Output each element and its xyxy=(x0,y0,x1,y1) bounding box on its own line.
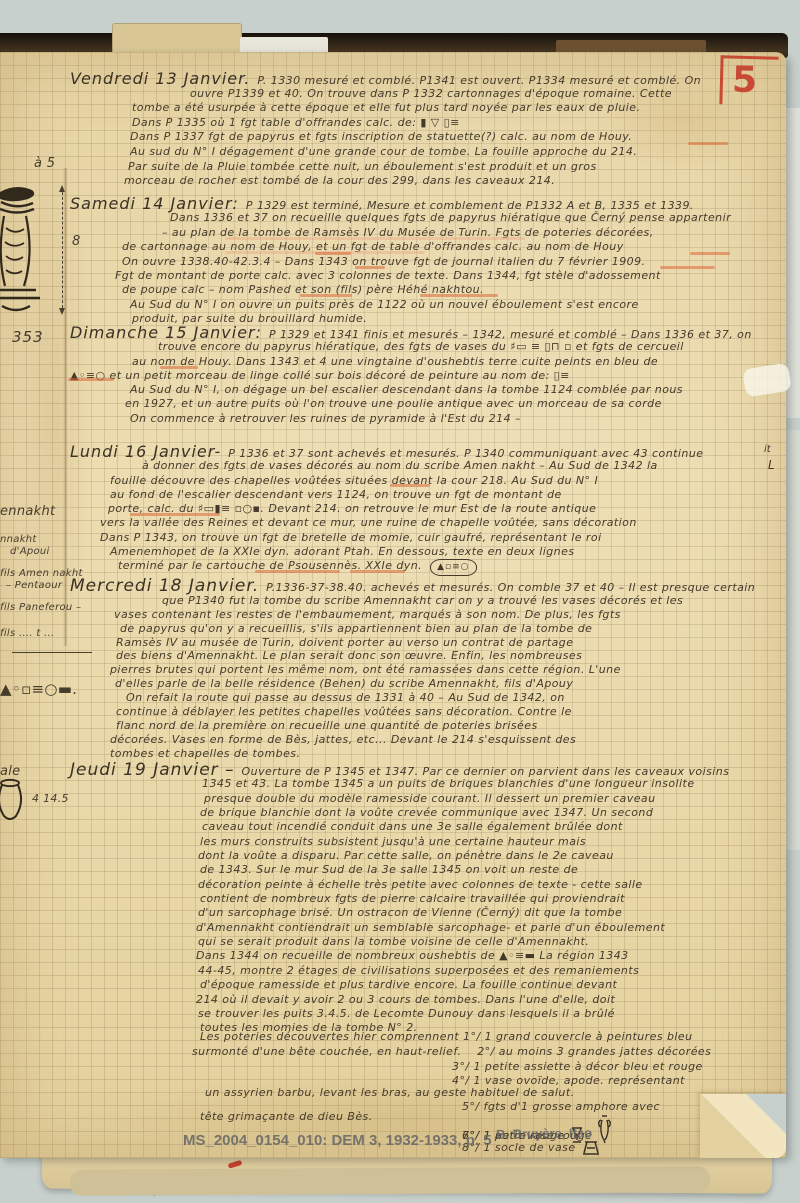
vase-stand-sketch-icon xyxy=(581,1140,601,1157)
under-page-deeper xyxy=(70,1166,710,1195)
entry-line: tombe a été usurpée à cette époque et el… xyxy=(70,101,772,116)
entry-mercredi-18-janvier: Mercredi 18 Janvier.P.1336-37-38.40. ach… xyxy=(70,580,772,761)
pottery-item: tête grimaçante de dieu Bès. xyxy=(200,1110,373,1123)
pottery-item: 3°/ 1 petite assiette à décor bleu et ro… xyxy=(452,1060,703,1073)
entry-line: 214 où il devait y avoir 2 ou 3 cours de… xyxy=(70,993,772,1007)
margin-genealogy-note: fils Paneferou – xyxy=(0,602,81,613)
entry-line: d'Amennakht contiendrait un semblable sa… xyxy=(70,921,772,935)
entry-line: contient de nombreux fgts de pierre calc… xyxy=(70,892,772,906)
margin-measure-note: 4 14.5 xyxy=(32,792,69,805)
entry-line: Vendredi 13 Janvier.P. 1330 mesuré et co… xyxy=(70,72,772,87)
entry-line: d'époque ramesside et plus tardive encor… xyxy=(70,978,772,992)
ink-underline xyxy=(315,252,351,255)
entry-line: décoration peinte à échelle très petite … xyxy=(70,878,772,892)
jar-sketch-icon xyxy=(0,778,28,822)
margin-hieroglyphs-icon: ▲◦▫≡○▬. xyxy=(0,680,77,698)
entry-line: trouve encore du papyrus hiératique, des… xyxy=(70,340,772,354)
entry-date-heading: Lundi 16 Janvier- xyxy=(70,442,221,461)
margin-genealogy-note: fils Amen nakht xyxy=(0,568,83,579)
entry-dimanche-15-janvier: Dimanche 15 Janvier:P 1329 et 1341 finis… xyxy=(70,326,772,426)
entry-line: Par suite de la Pluie tombée cette nuit,… xyxy=(70,160,772,175)
entry-date-heading: Vendredi 13 Janvier. xyxy=(70,69,250,88)
entry-line: se trouver les puits 3.4.5. de Lecomte D… xyxy=(70,1007,772,1021)
entry-line: que P1340 fut la tombe du scribe Amennak… xyxy=(70,594,772,608)
entry-line: Amenemhopet de la XXIe dyn. adorant Ptah… xyxy=(70,545,772,559)
margin-genealogy-note: nnakht xyxy=(0,534,37,545)
entry-line: de brique blanchie dont la voûte crevée … xyxy=(70,806,772,820)
entry-line: des biens d'Amennakht. Le plan serait do… xyxy=(70,649,772,663)
ink-underline xyxy=(130,513,220,516)
entry-line: Lundi 16 Janvier-P 1336 et 37 sont achev… xyxy=(70,445,772,459)
entry-line: décorées. Vases en forme de Bès, jattes,… xyxy=(70,733,772,747)
entry-line: Fgt de montant de porte calc. avec 3 col… xyxy=(70,269,772,283)
edge-mark: it xyxy=(764,444,771,455)
entry-date-heading: Dimanche 15 Janvier: xyxy=(70,323,262,342)
entry-line: On refait la route qui passe au dessus d… xyxy=(70,691,772,705)
entry-line: les murs construits subsistent jusqu'à u… xyxy=(70,835,772,849)
entry-line: Au Sud du N° I, on dégage un bel escalie… xyxy=(70,383,772,397)
credit-caption: B. Bruyère, Ifao xyxy=(496,1125,592,1142)
margin-note: ale xyxy=(0,764,20,779)
pottery-item: surmonté d'une bête couchée, en haut-rel… xyxy=(192,1045,711,1058)
pottery-item: un assyrien barbu, levant les bras, au g… xyxy=(205,1086,575,1099)
pottery-item: Les poteries découvertes hier comprennen… xyxy=(200,1030,693,1043)
entry-line: d'elles parle de la belle résidence (Beh… xyxy=(70,677,772,691)
entry-line: au fond de l'escalier descendant vers 11… xyxy=(70,488,772,502)
margin-note: à 5 xyxy=(34,156,55,171)
entry-jeudi-19-janvier: Jeudi 19 Janvier –Ouverture de P 1345 et… xyxy=(70,763,772,1036)
cartouche-sketch-icon: ▲▫≡○ xyxy=(430,559,476,575)
ink-underline xyxy=(660,266,715,269)
pottery-item: 5°/ fgts d'1 grosse amphore avec xyxy=(462,1100,660,1113)
red-pencil-mark xyxy=(228,1160,243,1169)
entry-samedi-14-janvier: Samedi 14 Janvier:P 1329 est terminé, Me… xyxy=(70,197,772,327)
entry-line: Ramsès IV au musée de Turin, doivent por… xyxy=(70,636,772,650)
entry-lundi-16-janvier: Lundi 16 Janvier-P 1336 et 37 sont achev… xyxy=(70,445,772,574)
ink-underline xyxy=(688,142,728,145)
entry-line: morceau de rocher est tombé de la cour d… xyxy=(70,174,772,189)
folded-corner xyxy=(700,1094,786,1158)
entry-line: On commence à retrouver les ruines de py… xyxy=(70,412,772,426)
entry-line: Dimanche 15 Janvier:P 1329 et 1341 finis… xyxy=(70,326,772,340)
entry-line: Jeudi 19 Janvier –Ouverture de P 1345 et… xyxy=(70,763,772,777)
entry-line: Samedi 14 Janvier:P 1329 est terminé, Me… xyxy=(70,197,772,211)
entry-line: terminé par le cartouche de Psousennès. … xyxy=(70,559,772,573)
entry-line: ▲◦≡○ et un petit morceau de linge collé … xyxy=(70,369,772,383)
ink-underline xyxy=(255,570,340,573)
ink-underline xyxy=(300,294,352,297)
entry-line: Dans 1336 et 37 on recueille quelques fg… xyxy=(70,211,772,225)
ink-underline xyxy=(390,484,430,487)
entry-line: Mercredi 18 Janvier.P.1336-37-38.40. ach… xyxy=(70,580,772,594)
margin-genealogy-note: fils .... t ... xyxy=(0,628,55,639)
entry-line: Dans P 1343, on trouve un fgt de bretell… xyxy=(70,531,772,545)
scanned-notebook-photo: ( 5 Vendredi 13 Janvier.P. 1330 mesuré e… xyxy=(0,0,800,1203)
entry-line: à donner des fgts de vases décorés au no… xyxy=(70,459,772,473)
entry-line: Dans P 1335 où 1 fgt table d'offrandes c… xyxy=(70,116,772,131)
entry-line: vers la vallée des Reines et devant ce m… xyxy=(70,516,772,530)
ink-underline xyxy=(690,252,730,255)
entry-date-heading: Samedi 14 Janvier: xyxy=(70,194,239,213)
entry-line: d'un sarcophage brisé. Un ostracon de Vi… xyxy=(70,906,772,920)
ink-underline xyxy=(160,366,198,369)
entry-line: continue à déblayer les petites chapelle… xyxy=(70,705,772,719)
entry-line: de 1343. Sur le mur Sud de la 3e salle 1… xyxy=(70,863,772,877)
entry-line: 1345 et 43. La tombe 1345 a un puits de … xyxy=(70,777,772,791)
margin-number: 353 xyxy=(12,328,44,346)
entry-line: 44-45, montre 2 étages de civilisations … xyxy=(70,964,772,978)
entry-line: ouvre P1339 et 40. On trouve dans P 1332… xyxy=(70,87,772,102)
entry-line: Dans P 1337 fgt de papyrus et fgts inscr… xyxy=(70,130,772,145)
entry-line: Au Sud du N° I on ouvre un puits près de… xyxy=(70,298,772,312)
margin-genealogy-note: d'Apoui xyxy=(10,546,50,557)
entry-line: vases contenant les restes de l'embaumem… xyxy=(70,608,772,622)
entry-line: qui se serait produit dans la tombe vois… xyxy=(70,935,772,949)
margin-measure-value: 8 xyxy=(72,234,81,249)
margin-separator-line xyxy=(12,652,92,653)
entry-line: presque double du modèle ramesside coura… xyxy=(70,792,772,806)
measure-line xyxy=(62,192,63,308)
entry-line: de papyrus qu'on y a recueillis, s'ils a… xyxy=(70,622,772,636)
entry-line: dont la voûte a disparu. Par cette salle… xyxy=(70,849,772,863)
entry-line: caveau tout incendié conduit dans une 3e… xyxy=(70,820,772,834)
archive-caption: MS_2004_0154_010: DEM 3, 1932-1933, p. 5 xyxy=(183,1132,492,1149)
entry-line: en 1927, et un autre puits où l'on trouv… xyxy=(70,397,772,411)
entry-line: tombes et chapelles de tombes. xyxy=(70,747,772,761)
entry-line: Au sud du N° I dégagement d'une grande c… xyxy=(70,145,772,160)
margin-genealogy-note: ennakht xyxy=(0,504,55,519)
edge-mark: L xyxy=(768,458,775,472)
entry-vendredi-13-janvier: Vendredi 13 Janvier.P. 1330 mesuré et co… xyxy=(70,72,772,189)
ink-underline xyxy=(225,237,525,240)
ink-underline xyxy=(68,378,114,381)
margin-genealogy-note: – Pentaour xyxy=(6,580,62,591)
ink-underline xyxy=(355,266,385,269)
entry-line: flanc nord de la première on recueille u… xyxy=(70,719,772,733)
ink-underline xyxy=(350,570,405,573)
entry-line: pierres brutes qui portent les même nom,… xyxy=(70,663,772,677)
entry-line: Dans 1344 on recueille de nombreux oushe… xyxy=(70,949,772,963)
ink-underline xyxy=(420,294,498,297)
notebook-page: 5 Vendredi 13 Janvier.P. 1330 mesuré et … xyxy=(0,52,786,1158)
column-sketch-icon xyxy=(0,182,44,324)
